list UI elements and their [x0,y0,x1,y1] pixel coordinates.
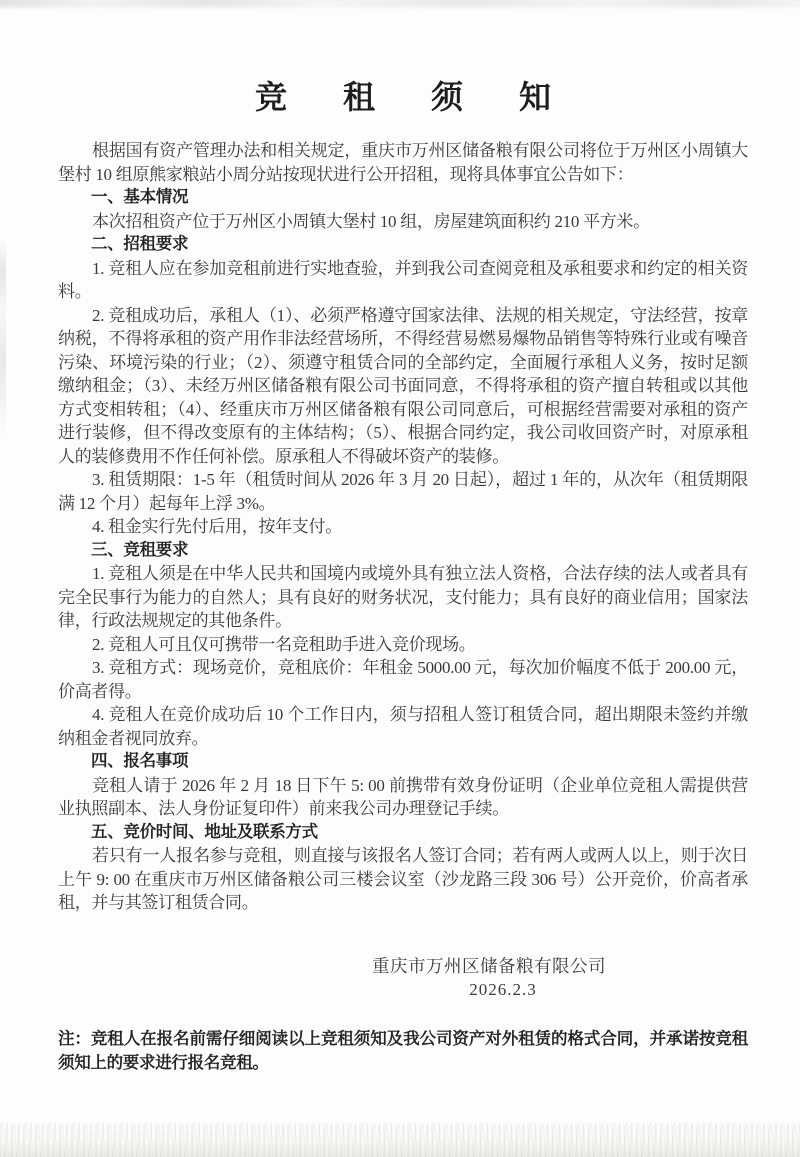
section-heading-auction-time-address: 五、竞价时间、地址及联系方式 [58,821,748,845]
paragraph: 若只有一人报名参与竞租，则直接与该报名人签订合同；若有两人或两人以上，则于次日上… [58,844,748,915]
intro-paragraph: 根据国有资产管理办法和相关规定，重庆市万州区储备粮有限公司将位于万州区小周镇大堡… [58,139,748,186]
section-heading-bidding-requirements: 三、竞租要求 [58,539,748,563]
scan-artifact-left-smudge [0,240,6,440]
paragraph: 竞租人请于 2026 年 2 月 18 日下午 5: 00 前携带有效身份证明（… [58,774,748,821]
signature-block: 重庆市万州区储备粮有限公司 2026.2.3 [372,954,606,1002]
paragraph: 3. 租赁期限：1-5 年（租赁时间从 2026 年 3 月 20 日起），超过… [58,468,748,515]
section-heading-leasing-requirements: 二、招租要求 [58,233,748,257]
paragraph: 1. 竞租人应在参加竞租前进行实地查验，并到我公司查阅竞租及承租要求和约定的相关… [58,257,748,304]
paragraph: 1. 竞租人须是在中华人民共和国境内或境外具有独立法人资格，合法存续的法人或者具… [58,562,748,633]
signature-company-name: 重庆市万州区储备粮有限公司 [372,954,606,978]
paragraph: 4. 竞租人在竞价成功后 10 个工作日内，须与招租人签订租赁合同，超出期限未签… [58,703,748,750]
paragraph: 本次招租资产位于万州区小周镇大堡村 10 组，房屋建筑面积约 210 平方米。 [58,210,748,234]
section-heading-basic-info: 一、基本情况 [58,186,748,210]
scanned-document-page: 竞 租 须 知 根据国有资产管理办法和相关规定，重庆市万州区储备粮有限公司将位于… [0,0,800,1157]
paragraph: 2. 竞租人可且仅可携带一名竞租助手进入竞价现场。 [58,633,748,657]
document-content: 竞 租 须 知 根据国有资产管理办法和相关规定，重庆市万州区储备粮有限公司将位于… [58,0,748,1091]
paragraph: 3. 竞租方式：现场竞价，竞租底价：年租金 5000.00 元，每次加价幅度不低… [58,656,748,703]
scan-artifact-bottom-edge [0,1123,800,1157]
signature-date: 2026.2.3 [372,978,606,1002]
paragraph: 4. 租金实行先付后用，按年支付。 [58,515,748,539]
paragraph: 2. 竞租成功后，承租人（1）、必须严格遵守国家法律、法规的相关规定，守法经营，… [58,304,748,469]
section-heading-registration: 四、报名事项 [58,750,748,774]
document-title: 竞 租 须 知 [58,76,748,118]
footer-note: 注：竞租人在报名前需仔细阅读以上竞租须知及我公司资产对外租赁的格式合同，并承诺按… [58,1027,748,1075]
